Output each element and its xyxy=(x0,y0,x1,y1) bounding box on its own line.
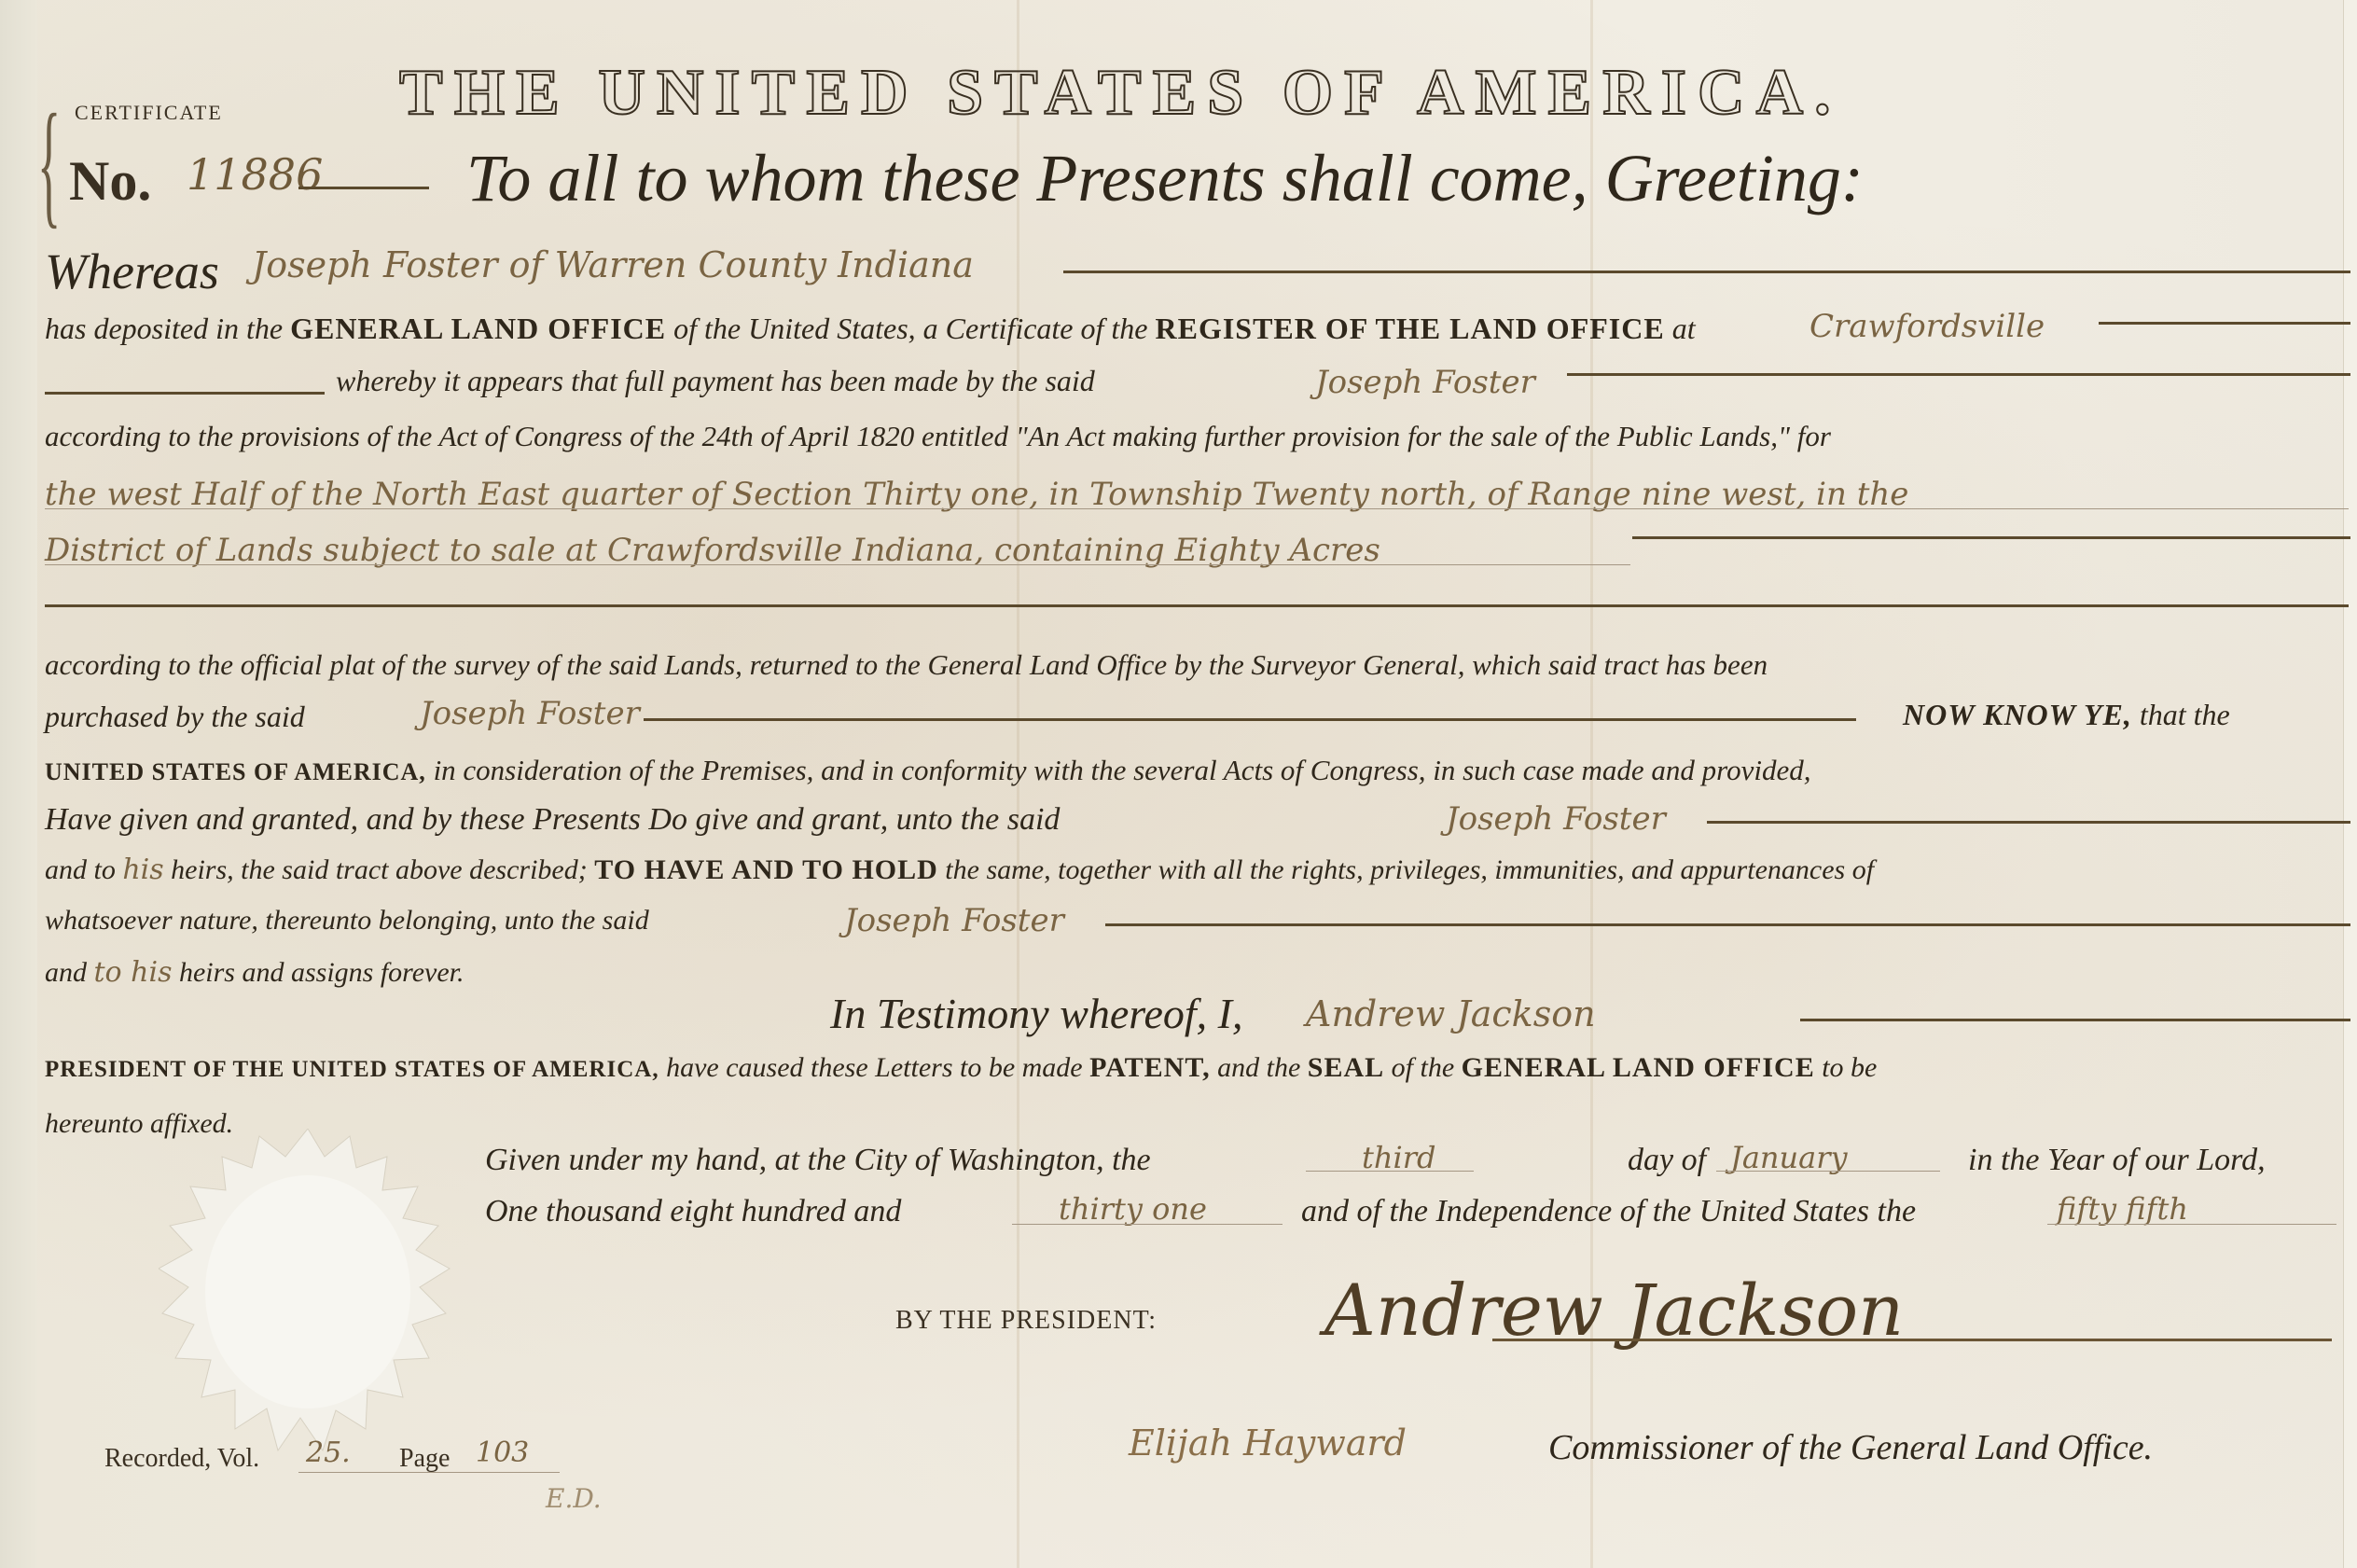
tract-description-2: District of Lands subject to sale at Cra… xyxy=(45,532,1380,569)
grantee-name: Joseph Foster xyxy=(844,902,1064,939)
text-line: whatsoever nature, thereunto belonging, … xyxy=(45,905,649,937)
guideline xyxy=(1012,1224,1282,1225)
text-line: NOW KNOW YE, that the xyxy=(1903,698,2230,732)
greeting: To all to whom these Presents shall come… xyxy=(466,140,1864,217)
rule xyxy=(1707,821,2350,824)
rule xyxy=(1063,271,2350,273)
grantee-name: Joseph Foster xyxy=(1446,800,1666,838)
grantee-name: Joseph Foster xyxy=(420,695,640,732)
text-line: in the Year of our Lord, xyxy=(1968,1143,2266,1178)
clerk-initials: E.D. xyxy=(546,1483,602,1514)
recorded-label: Recorded, Vol. xyxy=(104,1444,259,1474)
signature-underline xyxy=(1492,1339,2332,1341)
testimony-text: In Testimony whereof, I, xyxy=(830,989,1243,1038)
rule xyxy=(1567,373,2350,376)
whereas-label: Whereas xyxy=(45,243,219,300)
certificate-label: CERTIFICATE xyxy=(75,101,223,125)
commissioner-signature: Elijah Hayward xyxy=(1129,1422,1407,1464)
text-line: One thousand eight hundred and xyxy=(485,1194,901,1229)
tract-description-1: the west Half of the North East quarter … xyxy=(45,476,1908,513)
guideline xyxy=(2047,1224,2336,1225)
text-line: and to his heirs, the said tract above d… xyxy=(45,853,1874,886)
rule xyxy=(298,187,429,189)
wafer-seal-icon xyxy=(159,1129,457,1464)
rule xyxy=(45,604,2349,607)
paper-right-edge xyxy=(2343,0,2357,1568)
land-office-location: Crawfordsville xyxy=(1809,308,2045,345)
rule xyxy=(1632,536,2350,539)
text-line: Given under my hand, at the City of Wash… xyxy=(485,1143,1151,1178)
text-line: UNITED STATES OF AMERICA, in considerati… xyxy=(45,754,1810,787)
text-line: whereby it appears that full payment has… xyxy=(336,364,1095,398)
certificate-no-label: No. xyxy=(69,149,151,214)
text-line: Have given and granted, and by these Pre… xyxy=(45,802,1060,838)
guideline xyxy=(298,1472,560,1473)
text-line: and to his heirs and assigns forever. xyxy=(45,956,464,989)
recorded-page: 103 xyxy=(476,1436,529,1469)
rule xyxy=(644,718,1856,721)
brace-ornament: { xyxy=(37,93,61,233)
guideline xyxy=(1716,1171,1940,1172)
paper-left-edge xyxy=(0,0,37,1568)
rule xyxy=(1800,1019,2350,1021)
rule xyxy=(1105,923,2350,926)
page-label: Page xyxy=(399,1444,450,1474)
commissioner-title: Commissioner of the General Land Office. xyxy=(1548,1427,2153,1468)
document-title: THE UNITED STATES OF AMERICA. xyxy=(399,56,1842,131)
year-value: thirty one xyxy=(1059,1191,1207,1227)
grantee-full-name: Joseph Foster of Warren County Indiana xyxy=(252,244,974,285)
text-line: day of xyxy=(1628,1143,1706,1178)
guideline xyxy=(45,508,2349,509)
text-line: according to the provisions of the Act o… xyxy=(45,420,1831,453)
text-line: PRESIDENT OF THE UNITED STATES OF AMERIC… xyxy=(45,1052,1877,1084)
text-line: and of the Independence of the United St… xyxy=(1301,1194,1916,1229)
by-the-president-label: BY THE PRESIDENT: xyxy=(895,1306,1157,1336)
certificate-number: 11886 xyxy=(187,149,323,200)
rule xyxy=(45,392,325,395)
independence-year-value: fifty fifth xyxy=(2057,1191,2188,1227)
rule xyxy=(2099,322,2350,325)
grantee-name: Joseph Foster xyxy=(1315,364,1535,401)
text-line: purchased by the said xyxy=(45,700,305,734)
recorded-volume: 25. xyxy=(306,1436,351,1469)
guideline xyxy=(1306,1171,1474,1172)
president-name-handwritten: Andrew Jackson xyxy=(1306,993,1596,1034)
text-line: according to the official plat of the su… xyxy=(45,648,1768,682)
guideline xyxy=(45,564,1630,565)
text-line: has deposited in the GENERAL LAND OFFICE… xyxy=(45,312,1696,346)
